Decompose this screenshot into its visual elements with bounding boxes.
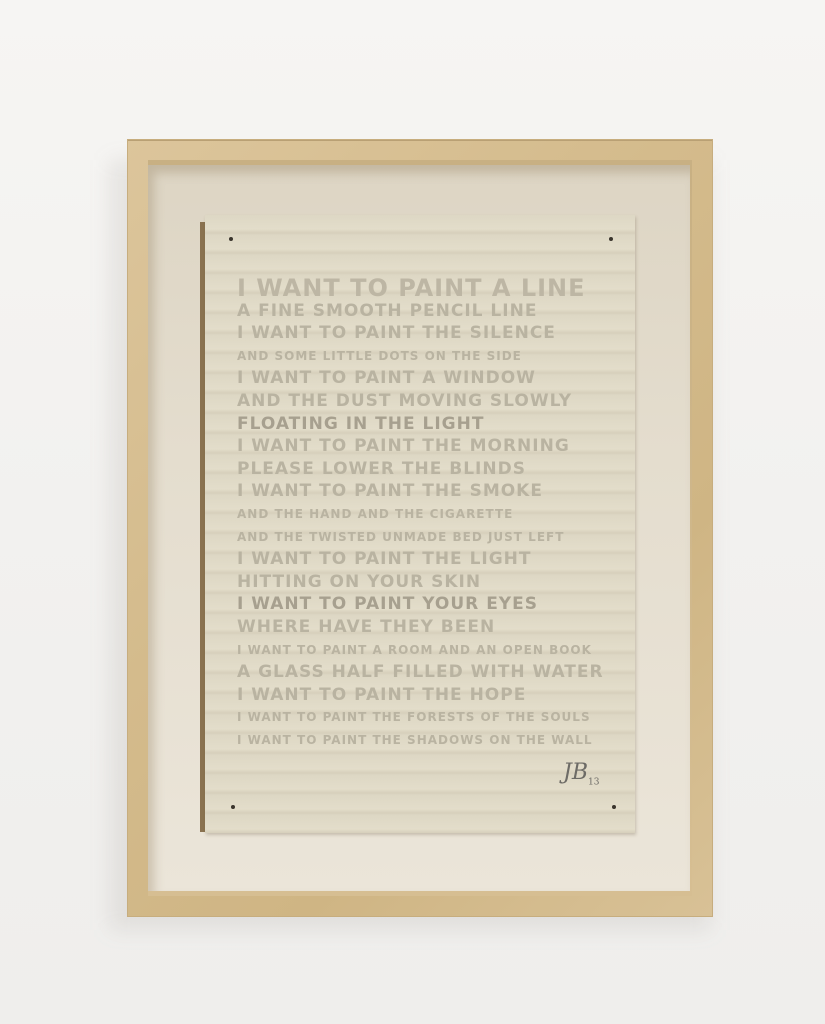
poem-line: a glass half filled with water (237, 661, 612, 684)
poem-line: and some little dots on the side (237, 345, 612, 368)
poem-line: a fine smooth pencil line (237, 300, 612, 323)
signature-year: 13 (588, 777, 599, 787)
poem-line: floating in the light (237, 413, 612, 436)
poem-line: and the hand and the cigarette (237, 503, 612, 526)
poem-line: I want to paint the smoke (237, 480, 612, 503)
poem-line: hitting on your skin (237, 571, 612, 594)
poem-line: I want to paint the shadows on the wall (237, 729, 612, 752)
poem-line: I want to paint the hope (237, 684, 612, 707)
poem-line: I want to paint a window (237, 367, 612, 390)
artwork-paper: I want to paint a line a fine smooth pen… (205, 215, 635, 833)
handwritten-poem: I want to paint a line a fine smooth pen… (237, 277, 612, 751)
pin-top-left (229, 237, 233, 241)
poem-line: I want to paint a line (237, 277, 612, 300)
poem-line: I want to paint your eyes (237, 593, 612, 616)
poem-line: please lower the blinds (237, 458, 612, 481)
poem-line: I want to paint the silence (237, 322, 612, 345)
poem-line: I want to paint a room and an open book (237, 639, 612, 662)
artist-signature: JB13 (563, 760, 599, 787)
signature-initials: JB (563, 760, 588, 785)
pin-top-right (609, 237, 613, 241)
pin-bottom-left (231, 805, 235, 809)
poem-line: and the twisted unmade bed just left (237, 526, 612, 549)
poem-line: I want to paint the morning (237, 435, 612, 458)
poem-line: and the dust moving slowly (237, 390, 612, 413)
pin-bottom-right (612, 805, 616, 809)
poem-line: where have they been (237, 616, 612, 639)
poem-line: I want to paint the forests of the souls (237, 706, 612, 729)
poem-line: I want to paint the light (237, 548, 612, 571)
